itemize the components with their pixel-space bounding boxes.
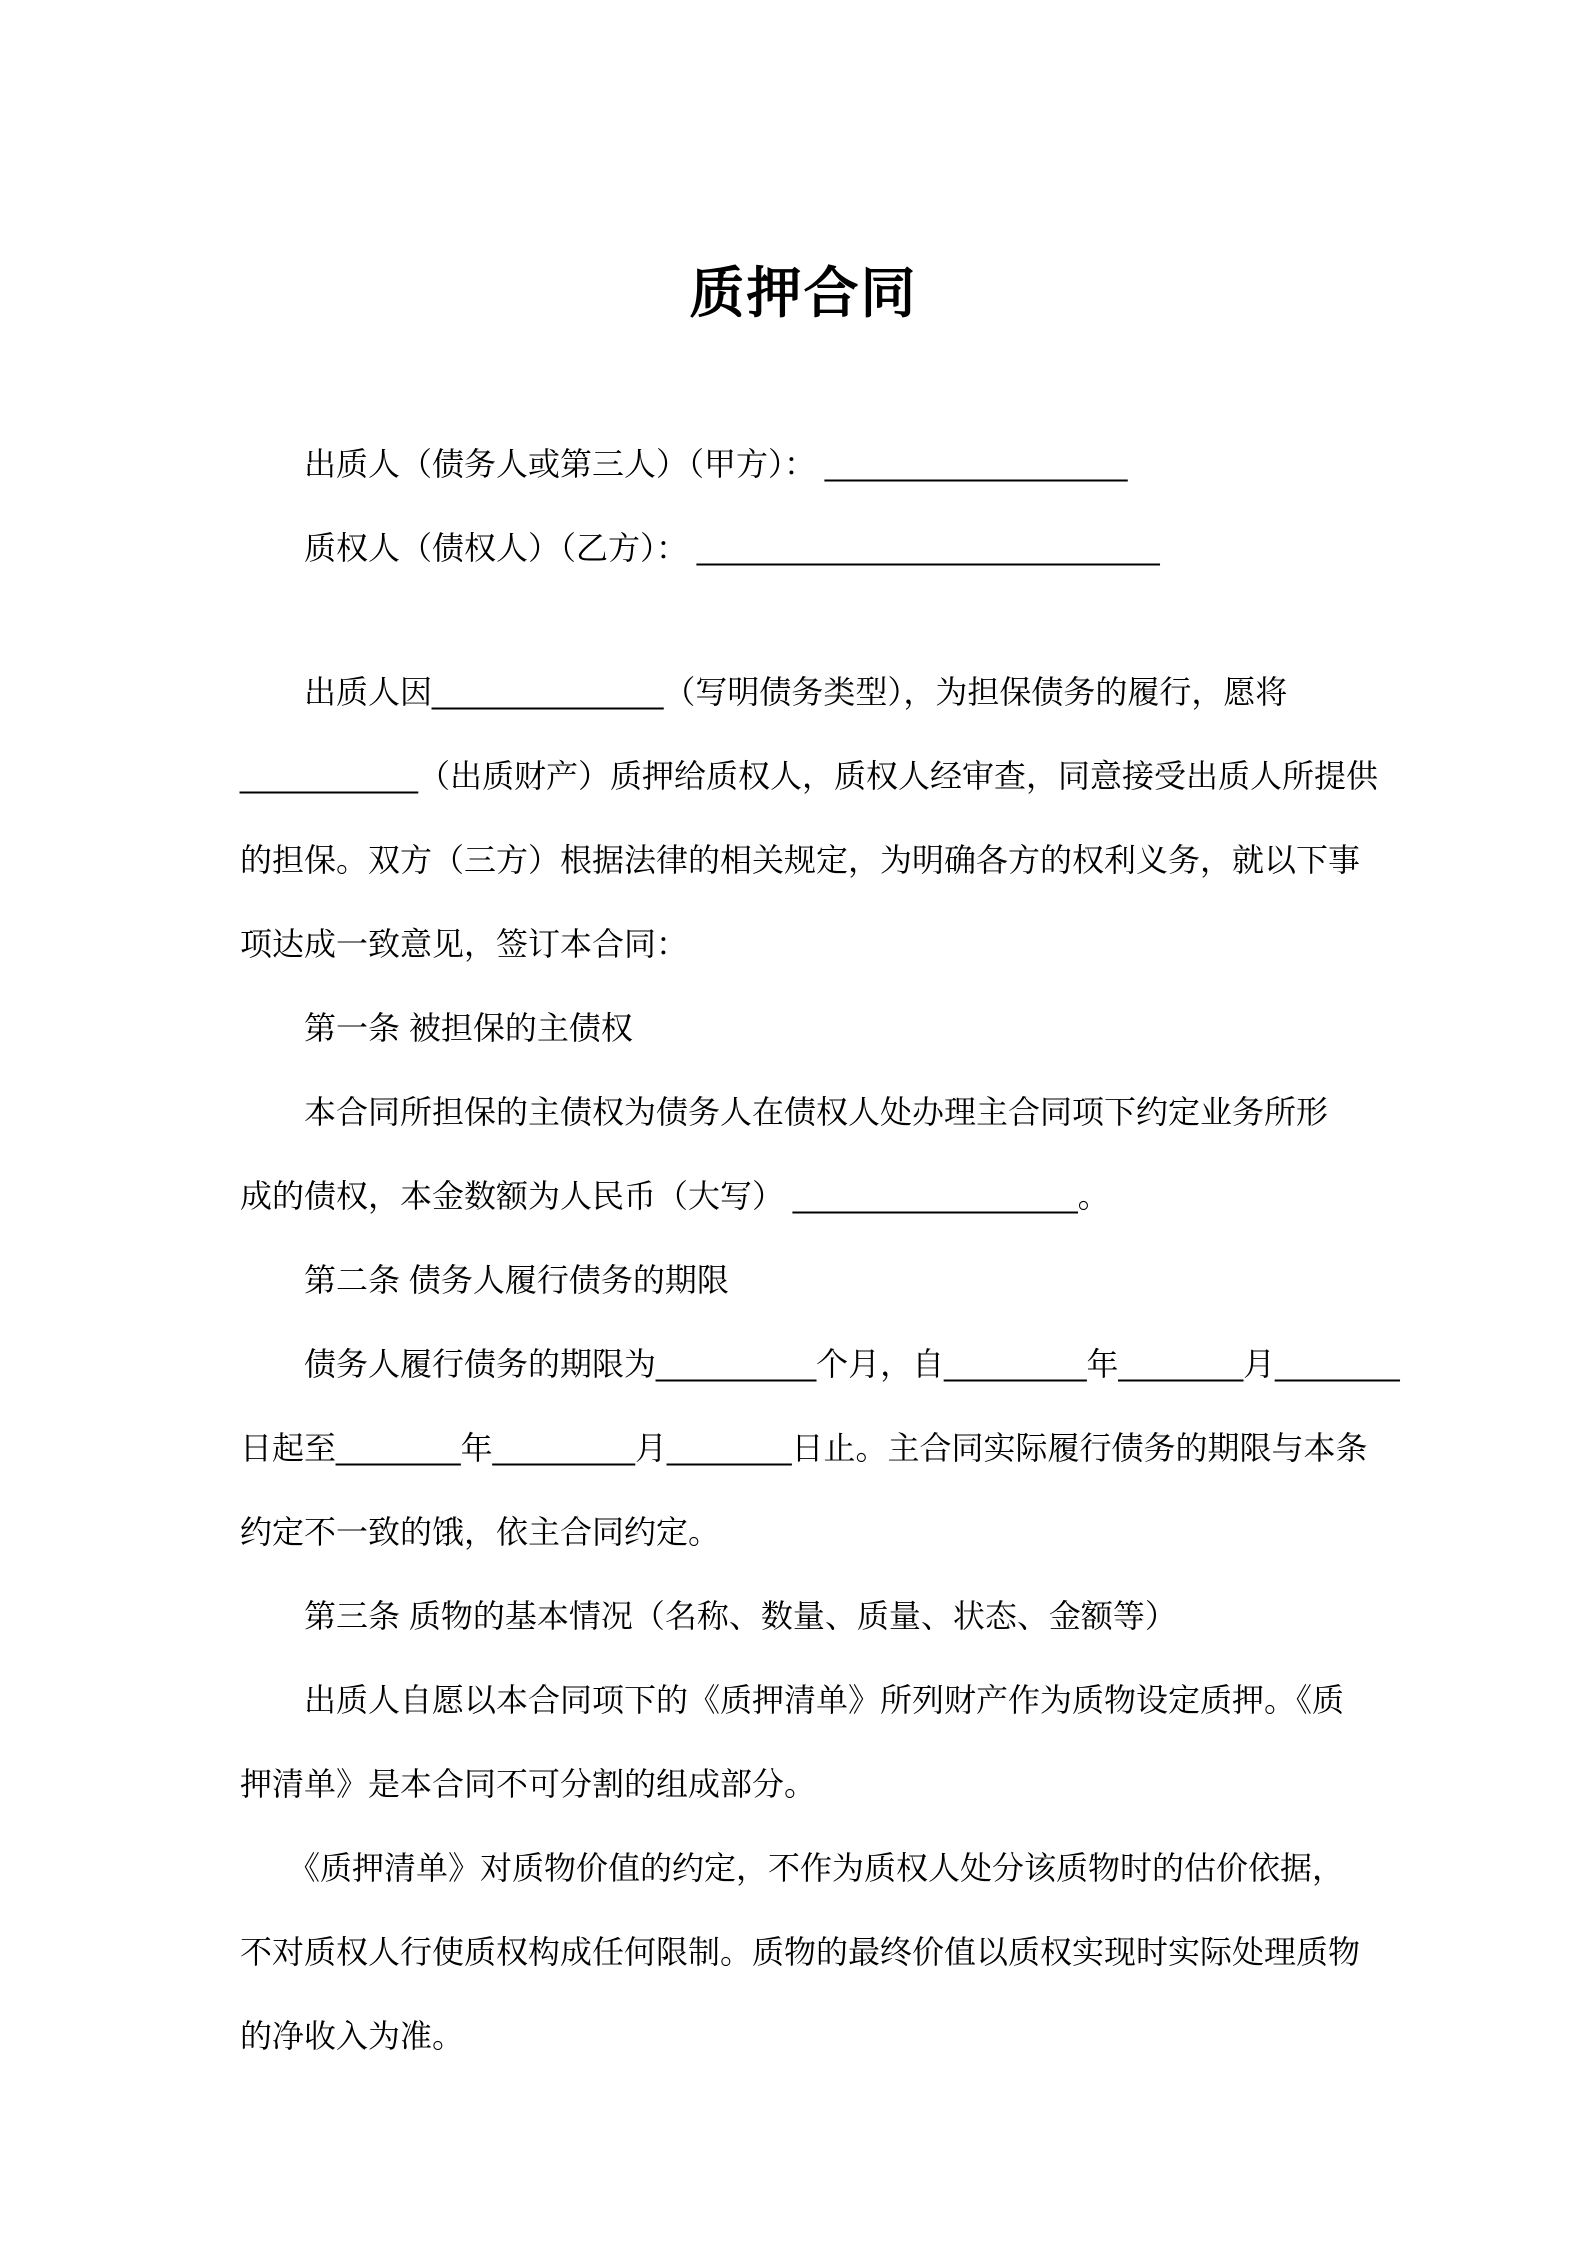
document-page: 质押合同 出质人（债务人或第三人）（甲方）： _________________… xyxy=(0,0,1587,2245)
document-line: 债务人履行债务的期限为_________个月，自________年_______… xyxy=(240,1322,1367,1406)
document-line: 约定不一致的饿，依主合同约定。 xyxy=(240,1490,1367,1574)
document-line: 第一条 被担保的主债权 xyxy=(240,986,1367,1070)
document-line: 成的债权，本金数额为人民币（大写） ________________。 xyxy=(240,1154,1367,1238)
document-line: 出质人自愿以本合同项下的《质押清单》所列财产作为质物设定质押。《质 xyxy=(240,1658,1367,1742)
document-line: 日起至_______年________月_______日止。主合同实际履行债务的… xyxy=(240,1406,1367,1490)
document-line: 质权人（债权人）（乙方）： __________________________ xyxy=(240,506,1367,590)
document-line: 第三条 质物的基本情况（名称、数量、质量、状态、金额等） xyxy=(240,1574,1367,1658)
document-line: 项达成一致意见，签订本合同： xyxy=(240,902,1367,986)
document-line: 的净收入为准。 xyxy=(240,1994,1367,2078)
document-line: 出质人因_____________（写明债务类型），为担保债务的履行，愿将 xyxy=(240,650,1367,734)
document-title: 质押合同 xyxy=(240,248,1367,338)
document-line: 出质人（债务人或第三人）（甲方）： _________________ xyxy=(240,422,1367,506)
document-line: 不对质权人行使质权构成任何限制。质物的最终价值以质权实现时实际处理质物 xyxy=(240,1910,1367,1994)
document-line: 押清单》是本合同不可分割的组成部分。 xyxy=(240,1742,1367,1826)
document-line: 的担保。双方（三方）根据法律的相关规定，为明确各方的权利义务，就以下事 xyxy=(240,818,1367,902)
document-line: 第二条 债务人履行债务的期限 xyxy=(240,1238,1367,1322)
document-line: 本合同所担保的主债权为债务人在债权人处办理主合同项下约定业务所形 xyxy=(240,1070,1367,1154)
document-line: 《质押清单》对质物价值的约定，不作为质权人处分该质物时的估价依据， xyxy=(240,1826,1367,1910)
document-line: __________（出质财产）质押给质权人，质权人经审查，同意接受出质人所提供 xyxy=(240,734,1367,818)
document-body: 出质人（债务人或第三人）（甲方）： _________________ 质权人（… xyxy=(240,422,1367,2078)
